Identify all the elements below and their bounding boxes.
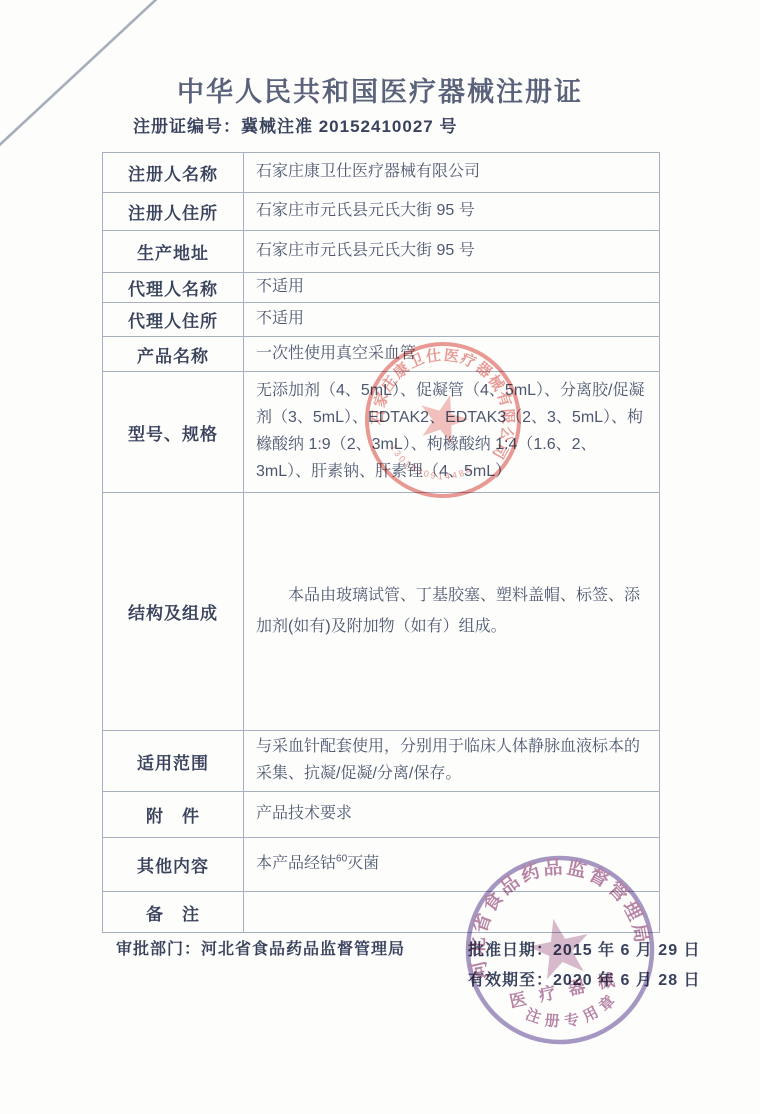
row-value: 不适用 [244, 273, 659, 302]
cert-number-line: 注册证编号：冀械注准 20152410027 号 [133, 112, 457, 137]
approval-department-value: 河北省食品药品监督管理局 [201, 941, 405, 958]
row-value: 石家庄康卫仕医疗器械有限公司 [244, 153, 659, 192]
row-value: 无添加剂（4、5mL）、促凝管（4、5mL）、分离胶/促凝剂（3、5mL）、ED… [244, 372, 659, 492]
row-label: 注册人名称 [103, 153, 244, 192]
table-row: 型号、规格 无添加剂（4、5mL）、促凝管（4、5mL）、分离胶/促凝剂（3、5… [103, 372, 659, 493]
table-row: 备 注 [103, 892, 659, 932]
valid-until-line: 有效期至：2020 年 6 月 28 日 [468, 966, 701, 996]
row-value: 不适用 [244, 303, 659, 336]
row-label: 代理人名称 [103, 273, 244, 302]
valid-until-value: 2020 年 6 月 28 日 [553, 972, 701, 989]
row-label: 备 注 [103, 892, 244, 932]
page-title: 中华人民共和国医疗器械注册证 [0, 70, 760, 109]
table-row: 其他内容 本产品经钴60灭菌 [103, 838, 659, 892]
row-label: 适用范围 [103, 731, 244, 791]
valid-until-label: 有效期至： [468, 972, 553, 989]
table-row: 附 件 产品技术要求 [103, 792, 659, 838]
cert-number-label: 注册证编号： [133, 117, 241, 136]
approval-date-label: 批准日期： [468, 942, 553, 959]
certificate-table: 注册人名称 石家庄康卫仕医疗器械有限公司 注册人住所 石家庄市元氏县元氏大街 9… [102, 152, 660, 933]
table-row: 注册人名称 石家庄康卫仕医疗器械有限公司 [103, 153, 659, 193]
row-label: 生产地址 [103, 231, 244, 272]
approval-date-line: 批准日期：2015 年 6 月 29 日 [468, 936, 701, 966]
row-label: 产品名称 [103, 337, 244, 371]
row-label: 注册人住所 [103, 193, 244, 230]
row-value: 石家庄市元氏县元氏大街 95 号 [244, 193, 659, 230]
table-row: 适用范围 与采血针配套使用，分别用于临床人体静脉血液标本的采集、抗凝/促凝/分离… [103, 731, 659, 792]
row-value: 本产品经钴60灭菌 [244, 838, 659, 891]
row-label: 代理人住所 [103, 303, 244, 336]
approval-department-label: 审批部门： [116, 941, 201, 958]
row-label: 型号、规格 [103, 372, 244, 492]
table-row: 结构及组成 本品由玻璃试管、丁基胶塞、塑料盖帽、标签、添加剂(如有)及附加物（如… [103, 493, 659, 731]
table-bottom-border [103, 932, 659, 933]
certificate-document: 中华人民共和国医疗器械注册证 注册证编号：冀械注准 20152410027 号 … [0, 0, 760, 1114]
row-label: 结构及组成 [103, 493, 244, 730]
table-row: 生产地址 石家庄市元氏县元氏大街 95 号 [103, 231, 659, 273]
row-value: 一次性使用真空采血管 [244, 337, 659, 371]
dates-block: 批准日期：2015 年 6 月 29 日 有效期至：2020 年 6 月 28 … [468, 936, 701, 997]
row-value [244, 892, 659, 932]
approval-date-value: 2015 年 6 月 29 日 [553, 942, 701, 959]
approval-department-line: 审批部门：河北省食品药品监督管理局 [116, 936, 405, 959]
table-row: 代理人住所 不适用 [103, 303, 659, 337]
other-content-text: 本产品经钴60灭菌 [256, 851, 647, 878]
table-row: 注册人住所 石家庄市元氏县元氏大街 95 号 [103, 193, 659, 231]
superscript-60: 60 [336, 854, 347, 865]
row-value: 本品由玻璃试管、丁基胶塞、塑料盖帽、标签、添加剂(如有)及附加物（如有）组成。 [244, 493, 659, 730]
table-row: 代理人名称 不适用 [103, 273, 659, 303]
table-row: 产品名称 一次性使用真空采血管 [103, 337, 659, 372]
row-value: 与采血针配套使用，分别用于临床人体静脉血液标本的采集、抗凝/促凝/分离/保存。 [244, 731, 659, 791]
cert-number-value: 冀械注准 20152410027 号 [241, 117, 457, 136]
row-label: 其他内容 [103, 838, 244, 891]
row-label: 附 件 [103, 792, 244, 837]
row-value: 产品技术要求 [244, 792, 659, 837]
row-value: 石家庄市元氏县元氏大街 95 号 [244, 231, 659, 272]
